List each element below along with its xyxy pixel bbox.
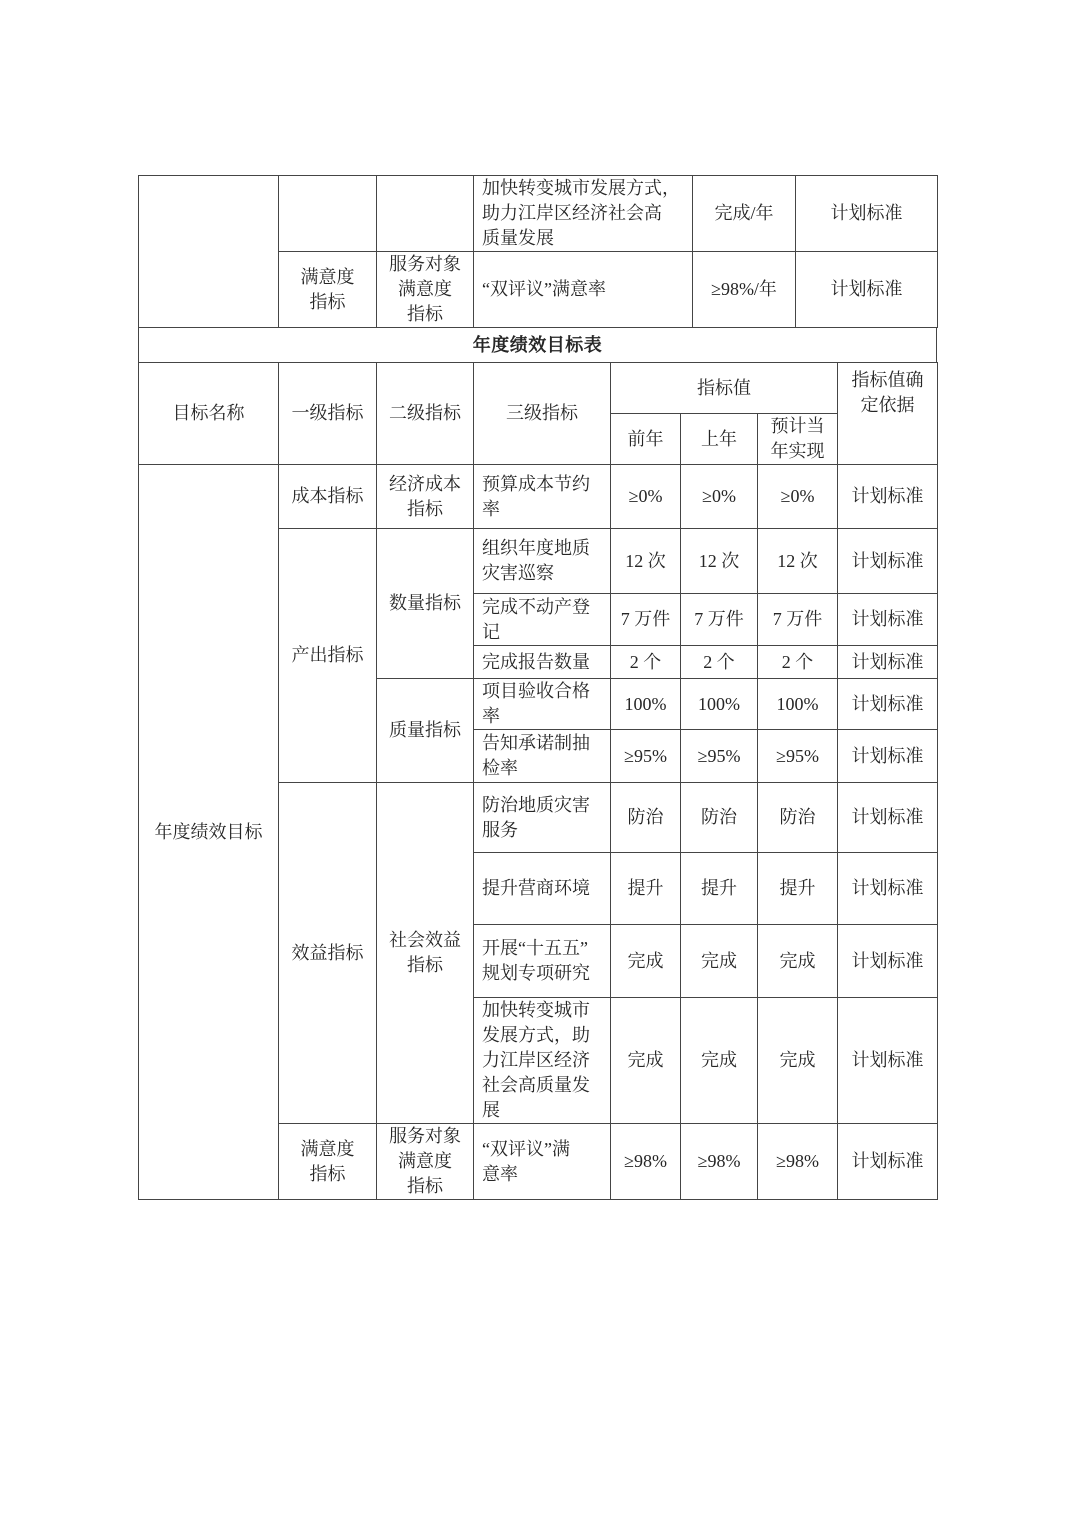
value-cell: ≥98% bbox=[758, 1124, 838, 1200]
basis-cell: 计划标准 bbox=[838, 783, 938, 853]
level1-cell: 成本指标 bbox=[279, 465, 377, 529]
header-goal-name: 目标名称 bbox=[139, 363, 279, 465]
level3-cell: 开展“十五五” 规划专项研究 bbox=[474, 925, 611, 998]
value-cell: ≥98% bbox=[611, 1124, 681, 1200]
basis-cell: 计划标准 bbox=[838, 465, 938, 529]
value-cell: ≥95% bbox=[611, 730, 681, 783]
header-level2: 二级指标 bbox=[377, 363, 474, 465]
level3-cell: 完成不动产登 记 bbox=[474, 594, 611, 646]
value-cell: 2 个 bbox=[611, 646, 681, 679]
value-cell: 12 次 bbox=[681, 529, 758, 594]
basis-cell: 计划标准 bbox=[796, 252, 938, 328]
basis-cell: 计划标准 bbox=[838, 998, 938, 1124]
basis-cell: 计划标准 bbox=[796, 176, 938, 252]
value-cell: 完成 bbox=[681, 998, 758, 1124]
level3-cell: “双评议”满 意率 bbox=[474, 1124, 611, 1200]
basis-cell: 计划标准 bbox=[838, 679, 938, 730]
value-cell: 12 次 bbox=[611, 529, 681, 594]
level3-cell: 防治地质灾害 服务 bbox=[474, 783, 611, 853]
basis-cell: 计划标准 bbox=[838, 730, 938, 783]
value-cell: 提升 bbox=[758, 853, 838, 925]
basis-cell: 计划标准 bbox=[838, 594, 938, 646]
header-last-year: 上年 bbox=[681, 414, 758, 465]
value-cell: 提升 bbox=[681, 853, 758, 925]
header-level1: 一级指标 bbox=[279, 363, 377, 465]
value-cell: 完成 bbox=[681, 925, 758, 998]
value-cell: ≥0% bbox=[681, 465, 758, 529]
level3-cell: 加快转变城市 发展方式，助 力江岸区经济 社会高质量发 展 bbox=[474, 998, 611, 1124]
level2-cell: 质量指标 bbox=[377, 679, 474, 783]
level1-empty-cell bbox=[279, 176, 377, 252]
value-cell: 完成 bbox=[611, 925, 681, 998]
indicator-cell: 加快转变城市发展方式， 助力江岸区经济社会高 质量发展 bbox=[474, 176, 693, 252]
basis-cell: 计划标准 bbox=[838, 1124, 938, 1200]
value-cell: 7 万件 bbox=[758, 594, 838, 646]
annual-performance-table: 目标名称 一级指标 二级指标 三级指标 指标值 指标值确 定依据 前年 上年 预… bbox=[138, 362, 938, 1200]
value-cell: ≥0% bbox=[611, 465, 681, 529]
level3-cell: 告知承诺制抽 检率 bbox=[474, 730, 611, 783]
value-cell: 2 个 bbox=[758, 646, 838, 679]
level1-cell: 满意度 指标 bbox=[279, 252, 377, 328]
table-row: 加快转变城市发展方式， 助力江岸区经济社会高 质量发展 完成/年 计划标准 bbox=[139, 176, 938, 252]
value-cell: ≥95% bbox=[758, 730, 838, 783]
document-page: 加快转变城市发展方式， 助力江岸区经济社会高 质量发展 完成/年 计划标准 满意… bbox=[0, 0, 1074, 1520]
value-cell: 完成/年 bbox=[693, 176, 796, 252]
level3-cell: 项目验收合格 率 bbox=[474, 679, 611, 730]
header-row: 目标名称 一级指标 二级指标 三级指标 指标值 指标值确 定依据 bbox=[139, 363, 938, 414]
level2-cell: 数量指标 bbox=[377, 529, 474, 679]
value-cell: ≥95% bbox=[681, 730, 758, 783]
value-cell: 100% bbox=[758, 679, 838, 730]
basis-cell: 计划标准 bbox=[838, 853, 938, 925]
goal-name-cell: 年度绩效目标 bbox=[139, 465, 279, 1200]
header-expected-current: 预计当 年实现 bbox=[758, 414, 838, 465]
value-cell: 7 万件 bbox=[611, 594, 681, 646]
value-cell: ≥98% bbox=[681, 1124, 758, 1200]
level3-cell: 提升营商环境 bbox=[474, 853, 611, 925]
header-level3: 三级指标 bbox=[474, 363, 611, 465]
value-cell: 100% bbox=[681, 679, 758, 730]
value-cell: ≥0% bbox=[758, 465, 838, 529]
section-title-table: 年度绩效目标表 bbox=[138, 327, 937, 363]
level1-cell: 产出指标 bbox=[279, 529, 377, 783]
level1-cell: 效益指标 bbox=[279, 783, 377, 1124]
section-title: 年度绩效目标表 bbox=[139, 328, 937, 363]
level3-cell: 组织年度地质 灾害巡察 bbox=[474, 529, 611, 594]
level2-cell: 社会效益 指标 bbox=[377, 783, 474, 1124]
value-cell: 防治 bbox=[611, 783, 681, 853]
table-row: 年度绩效目标 成本指标 经济成本 指标 预算成本节约 率 ≥0% ≥0% ≥0%… bbox=[139, 465, 938, 529]
level3-cell: 完成报告数量 bbox=[474, 646, 611, 679]
header-indicator-value: 指标值 bbox=[611, 363, 838, 414]
value-cell: 防治 bbox=[758, 783, 838, 853]
level2-cell: 服务对象 满意度 指标 bbox=[377, 1124, 474, 1200]
tables-wrap: 加快转变城市发展方式， 助力江岸区经济社会高 质量发展 完成/年 计划标准 满意… bbox=[138, 175, 937, 1200]
value-cell: ≥98%/年 bbox=[693, 252, 796, 328]
goal-name-empty-cell bbox=[139, 176, 279, 328]
value-cell: 完成 bbox=[758, 998, 838, 1124]
value-cell: 完成 bbox=[611, 998, 681, 1124]
level3-cell: 预算成本节约 率 bbox=[474, 465, 611, 529]
indicator-cell: “双评议”满意率 bbox=[474, 252, 693, 328]
level2-empty-cell bbox=[377, 176, 474, 252]
level2-cell: 服务对象 满意度 指标 bbox=[377, 252, 474, 328]
value-cell: 提升 bbox=[611, 853, 681, 925]
level2-cell: 经济成本 指标 bbox=[377, 465, 474, 529]
value-cell: 2 个 bbox=[681, 646, 758, 679]
carryover-table: 加快转变城市发展方式， 助力江岸区经济社会高 质量发展 完成/年 计划标准 满意… bbox=[138, 175, 938, 328]
value-cell: 7 万件 bbox=[681, 594, 758, 646]
header-basis: 指标值确 定依据 bbox=[838, 363, 938, 465]
table-row: 年度绩效目标表 bbox=[139, 328, 937, 363]
value-cell: 防治 bbox=[681, 783, 758, 853]
header-year-before-last: 前年 bbox=[611, 414, 681, 465]
value-cell: 100% bbox=[611, 679, 681, 730]
level1-cell: 满意度 指标 bbox=[279, 1124, 377, 1200]
basis-cell: 计划标准 bbox=[838, 529, 938, 594]
basis-cell: 计划标准 bbox=[838, 646, 938, 679]
value-cell: 完成 bbox=[758, 925, 838, 998]
basis-cell: 计划标准 bbox=[838, 925, 938, 998]
value-cell: 12 次 bbox=[758, 529, 838, 594]
